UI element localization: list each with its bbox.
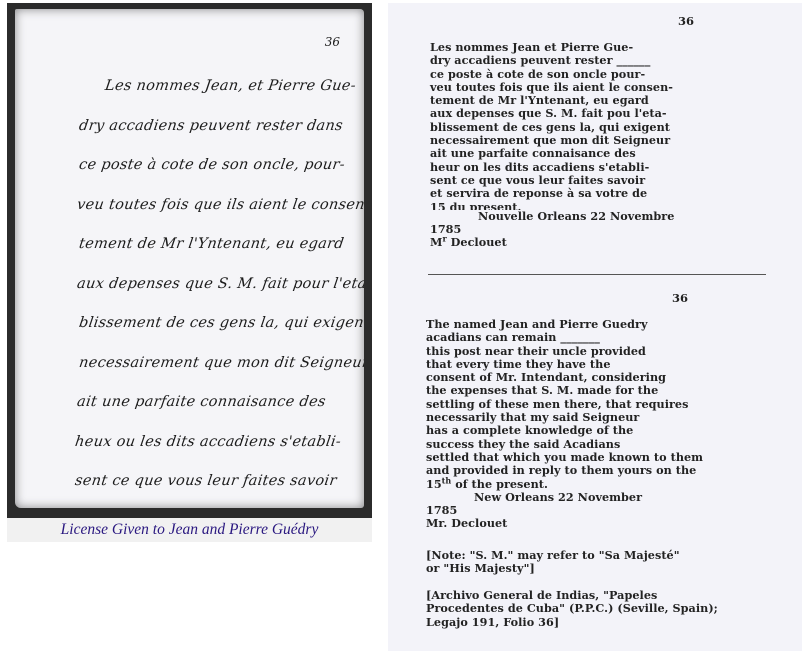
english-line: that every time they have the — [426, 358, 703, 371]
english-page-number: 36 — [672, 291, 688, 305]
signature-prefix: M — [430, 235, 442, 249]
citation-line: [Archivo General de Indias, "Papeles — [426, 589, 718, 602]
manuscript-line: veu toutes fois que ils aient le consen- — [24, 186, 363, 226]
manuscript-line: ait une parfaite connaisance des — [24, 383, 363, 423]
french-line: dry accadiens peuvent rester ______ — [430, 54, 674, 67]
manuscript-line: sent ce que vous leur faites savoir — [24, 462, 363, 502]
manuscript-line: et servira de reponse à sa votre de — [24, 502, 363, 509]
line-rest: of the present. — [451, 477, 548, 491]
english-transcription: The named Jean and Pierre Guedry acadian… — [426, 318, 703, 531]
signature-name: Declouet — [447, 235, 507, 249]
manuscript-scan-image: 36 Les nommes Jean, et Pierre Gue- dry a… — [7, 3, 372, 518]
note-line: or "His Majesty"] — [426, 562, 680, 575]
french-place-date: Nouvelle Orleans 22 Novembre — [430, 210, 674, 223]
english-line: and provided in reply to them yours on t… — [426, 464, 703, 477]
french-line: et servira de reponse à sa votre de — [430, 187, 674, 200]
french-signature: Mr Declouet — [430, 236, 674, 249]
english-line: has a complete knowledge of the — [426, 424, 703, 437]
english-line: necessarily that my said Seigneur — [426, 411, 703, 424]
translator-note: [Note: "S. M." may refer to "Sa Majesté"… — [426, 549, 680, 576]
manuscript-line: Les nommes Jean, et Pierre Gue- — [24, 67, 363, 107]
english-line: this post near their uncle provided — [426, 345, 703, 358]
french-line: ce poste à cote de son oncle pour- — [430, 68, 674, 81]
section-divider — [428, 274, 766, 275]
english-line: settling of these men there, that requir… — [426, 398, 703, 411]
english-line: 15th of the present. — [426, 478, 703, 491]
manuscript-handwriting: Les nommes Jean, et Pierre Gue- dry acca… — [27, 67, 360, 508]
french-line: blissement de ces gens la, qui exigent — [430, 121, 674, 134]
english-line: success they the said Acadians — [426, 438, 703, 451]
english-place-date: New Orleans 22 November — [426, 491, 703, 504]
french-line: heur on les dits accadiens s'etabli- — [430, 161, 674, 174]
image-caption: License Given to Jean and Pierre Guédry — [7, 518, 372, 542]
english-line: settled that which you made known to the… — [426, 451, 703, 464]
english-signature: Mr. Declouet — [426, 517, 703, 530]
english-line: consent of Mr. Intendant, considering — [426, 371, 703, 384]
manuscript-line: ce poste à cote de son oncle, pour- — [24, 146, 363, 186]
manuscript-line: tement de Mr l'Yntenant, eu egard — [24, 225, 363, 265]
ordinal-superscript: th — [442, 475, 452, 485]
french-line: Les nommes Jean et Pierre Gue- — [430, 41, 674, 54]
french-page-number: 36 — [678, 14, 694, 28]
citation-line: Legajo 191, Folio 36] — [426, 616, 718, 629]
manuscript-line: heux ou les dits accadiens s'etabli- — [24, 423, 363, 463]
french-line: veu toutes fois que ils aient le consen- — [430, 81, 674, 94]
french-transcription: Les nommes Jean et Pierre Gue- dry accad… — [430, 41, 674, 249]
french-line: tement de Mr l'Yntenant, eu egard — [430, 94, 674, 107]
french-line: sent ce que vous leur faites savoir — [430, 174, 674, 187]
day-number: 15 — [426, 477, 442, 491]
citation-line: Procedentes de Cuba" (P.P.C.) (Seville, … — [426, 602, 718, 615]
note-line: [Note: "S. M." may refer to "Sa Majesté" — [426, 549, 680, 562]
archive-citation: [Archivo General de Indias, "Papeles Pro… — [426, 589, 718, 629]
english-year: 1785 — [426, 504, 703, 517]
manuscript-line: dry accadiens peuvent rester dans — [24, 107, 363, 147]
manuscript-line: necessairement que mon dit Seigneur — [24, 344, 363, 384]
manuscript-line: aux depenses que S. M. fait pour l'eta- — [24, 265, 363, 305]
english-line: the expenses that S. M. made for the — [426, 384, 703, 397]
french-line: aux depenses que S. M. fait pou l'eta- — [430, 107, 674, 120]
transcription-panel: 36 Les nommes Jean et Pierre Gue- dry ac… — [388, 3, 802, 651]
manuscript-paper: 36 Les nommes Jean, et Pierre Gue- dry a… — [15, 9, 364, 508]
manuscript-line: blissement de ces gens la, qui exigent — [24, 304, 363, 344]
english-line: acadians can remain _______ — [426, 331, 703, 344]
french-line: necessairement que mon dit Seigneur — [430, 134, 674, 147]
manuscript-page-number: 36 — [325, 35, 340, 49]
english-line: The named Jean and Pierre Guedry — [426, 318, 703, 331]
french-line: ait une parfaite connaisance des — [430, 147, 674, 160]
